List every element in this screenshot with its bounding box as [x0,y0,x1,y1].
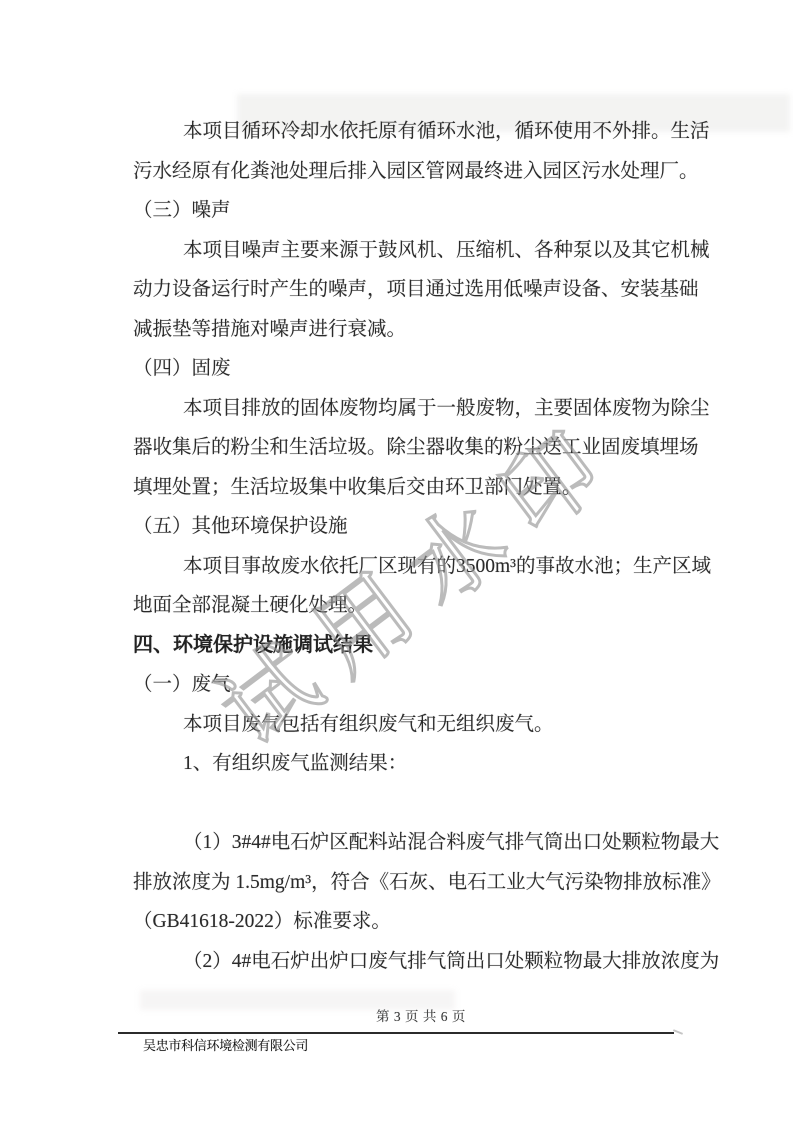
text-line: （一）废气 [133,665,773,705]
text-line: 器收集后的粉尘和生活垃圾。除尘器收集的粉尘送工业固废填埋场 [133,428,773,468]
scan-artifact [673,1029,683,1035]
text-line: 本项目事故废水依托厂区现有的3500m³的事故水池；生产区域 [133,547,773,587]
section-heading: 四、环境保护设施调试结果 [133,626,773,666]
text-line: 本项目废气包括有组织废气和无组织废气。 [133,705,773,745]
text-line: 污水经原有化粪池处理后排入园区管网最终进入园区污水处理厂。 [133,152,773,192]
text-line: （1）3#4#电石炉区配料站混合料废气排气筒出口处颗粒物最大 [133,823,773,863]
text-line: 填埋处置；生活垃圾集中收集后交由环卫部门处置。 [133,468,773,508]
footer-divider [118,1032,674,1034]
text-line: （2）4#电石炉出炉口废气排气筒出口处颗粒物最大排放浓度为 [133,942,773,982]
text-line: 本项目循环冷却水依托原有循环水池，循环使用不外排。生活 [133,112,773,152]
text-line: 本项目噪声主要来源于鼓风机、压缩机、各种泵以及其它机械 [133,231,773,271]
blank-line [133,784,773,824]
page-number: 第 3 页 共 6 页 [376,1005,466,1025]
document-page: 试用水印 本项目循环冷却水依托原有循环水池，循环使用不外排。生活污水经原有化粪池… [0,0,793,1122]
text-line: 减振垫等措施对噪声进行衰减。 [133,310,773,350]
text-line: 排放浓度为 1.5mg/m³，符合《石灰、电石工业大气污染物排放标准》 [133,863,773,903]
text-line: 动力设备运行时产生的噪声，项目通过选用低噪声设备、安装基础 [133,270,773,310]
text-line: （三）噪声 [133,191,773,231]
text-line: （五）其他环境保护设施 [133,507,773,547]
text-line: 1、有组织废气监测结果： [133,744,773,784]
text-line: 地面全部混凝土硬化处理。 [133,586,773,626]
footer-company-name: 吴忠市科信环境检测有限公司 [143,1035,308,1054]
document-body: 本项目循环冷却水依托原有循环水池，循环使用不外排。生活污水经原有化粪池处理后排入… [133,112,773,981]
text-line: （GB41618-2022）标准要求。 [133,902,773,942]
text-line: （四）固废 [133,349,773,389]
text-line: 本项目排放的固体废物均属于一般废物，主要固体废物为除尘 [133,389,773,429]
